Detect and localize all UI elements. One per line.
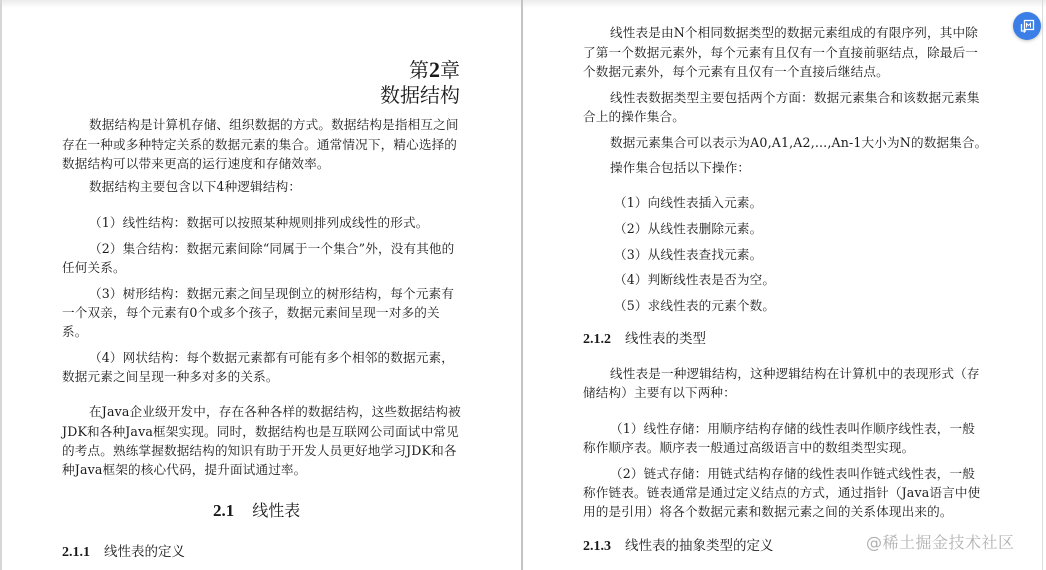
paragraph-line: 数据结构主要包含以下4种逻辑结构： — [89, 178, 301, 196]
document-page-left: 第2章 数据结构 数据结构是计算机存储、组织数据的方式。数据结构是指相互之间 存… — [2, 0, 521, 570]
paragraph-line: 种Java框架的核心代码，提升面试通过率。 — [62, 461, 306, 479]
paragraph-line: 了第一个数据元素外，每个元素有且仅有一个直接前驱结点，除最后一 — [583, 44, 978, 62]
paragraph-line: 线性表是一种逻辑结构，这种逻辑结构在计算机中的表现形式（存 — [610, 365, 980, 383]
operation-item: （5）求线性表的元素个数。 — [614, 297, 775, 315]
list-item-line: （3）树形结构：数据元素之间呈现倒立的树形结构，每个元素有 — [89, 285, 454, 303]
paragraph-line: JDK和各种Java框架实现。同时，数据结构也是互联网公司面试中常见 — [62, 423, 459, 441]
paragraph-line: 线性表数据类型主要包括两个方面：数据元素集合和该数据元素集 — [610, 89, 980, 107]
paragraph-line: 数据结构可以带来更高的运行速度和存储效率。 — [62, 155, 330, 173]
operation-item: （1）向线性表插入元素。 — [614, 194, 762, 212]
subsection-number: 2.1.3 — [583, 539, 611, 554]
operation-item: （2）从线性表删除元素。 — [614, 220, 762, 238]
subsection-title: 线性表的抽象类型的定义 — [625, 538, 774, 554]
viewer-scrollbar-edge[interactable] — [1042, 0, 1043, 570]
subsection-title: 线性表的定义 — [104, 544, 185, 560]
paragraph-line: 在Java企业级开发中，存在各种各样的数据结构，这些数据结构被 — [89, 403, 461, 421]
chapter-suffix: 章 — [440, 58, 460, 82]
section-number: 2.1 — [213, 501, 234, 520]
paragraph-line: 存在一种或多种特定关系的数据元素的集合。通常情况下，精心选择的 — [62, 136, 457, 154]
subsection-number: 2.1.2 — [583, 332, 611, 347]
list-item-line: （2）链式存储：用链式结构存储的线性表叫作链式线性表，一般 — [610, 465, 975, 483]
section-heading: 2.1线性表 — [213, 500, 300, 522]
subsection-heading: 2.1.2线性表的类型 — [583, 329, 706, 350]
list-item-line: 称作顺序表。顺序表一般通过高级语言中的数组类型实现。 — [583, 439, 914, 457]
chapter-title: 数据结构 — [380, 82, 460, 108]
paragraph-line: 的考点。熟练掌握数据结构的知识有助于开发人员更好地学习JDK和各 — [62, 442, 457, 460]
operation-item: （3）从线性表查找元素。 — [614, 246, 762, 264]
list-item-line: （2）集合结构：数据元素间除“同属于一个集合”外，没有其他的 — [89, 240, 454, 258]
paragraph-line: 数据元素集合可以表示为A0,A1,A2,...,An-1大小为N的数据集合。 — [610, 134, 987, 152]
list-item-line: 系。 — [62, 323, 88, 341]
paragraph-line: 操作集合包括以下操作： — [610, 159, 750, 177]
document-page-right: 线性表是由N个相同数据类型的数据元素组成的有限序列，其中除 了第一个数据元素外，… — [523, 0, 1042, 570]
paragraph-line: 数据结构是计算机存储、组织数据的方式。数据结构是指相互之间 — [89, 116, 459, 134]
list-item-line: 任何关系。 — [62, 259, 126, 277]
subsection-heading: 2.1.1线性表的定义 — [62, 542, 185, 563]
subsection-number: 2.1.1 — [62, 545, 90, 560]
list-item-line: 数据元素之间呈现一种多对多的关系。 — [62, 368, 279, 386]
paragraph-line: 合上的操作集合。 — [583, 108, 685, 126]
subsection-title: 线性表的类型 — [625, 331, 706, 347]
paragraph-line: 线性表是由N个相同数据类型的数据元素组成的有限序列，其中除 — [610, 24, 978, 42]
list-item-line: 用的是引用）将各个数据元素和数据元素之间的关系体现出来的。 — [583, 503, 953, 521]
paragraph-line: 个数据元素外，每个元素有且仅有一个直接后继结点。 — [583, 63, 889, 81]
chapter-number: 第2章 — [409, 57, 460, 83]
section-title: 线性表 — [252, 501, 300, 520]
paragraph-line: 储结构）主要有以下两种： — [583, 384, 736, 402]
page-compare-button[interactable] — [1013, 12, 1041, 40]
watermark: @稀土掘金技术社区 — [866, 530, 1015, 553]
list-item-line: 一个双亲，每个元素有0个或多个孩子，数据元素间呈现一对多的关 — [62, 304, 440, 322]
chapter-prefix: 第 — [409, 58, 429, 82]
subsection-heading: 2.1.3线性表的抽象类型的定义 — [583, 536, 774, 557]
list-item-line: （1）线性结构：数据可以按照某种规则排列成线性的形式。 — [89, 214, 429, 232]
chapter-number-value: 2 — [429, 57, 440, 82]
list-item-line: （1）线性存储：用顺序结构存储的线性表叫作顺序线性表，一般 — [610, 420, 975, 438]
page-compare-icon — [1019, 18, 1035, 34]
list-item-line: （4）网状结构：每个数据元素都有可能有多个相邻的数据元素， — [89, 349, 454, 367]
operation-item: （4）判断线性表是否为空。 — [614, 271, 775, 289]
list-item-line: 称作链表。链表通常是通过定义结点的方式，通过指针（Java语言中使 — [583, 484, 980, 502]
